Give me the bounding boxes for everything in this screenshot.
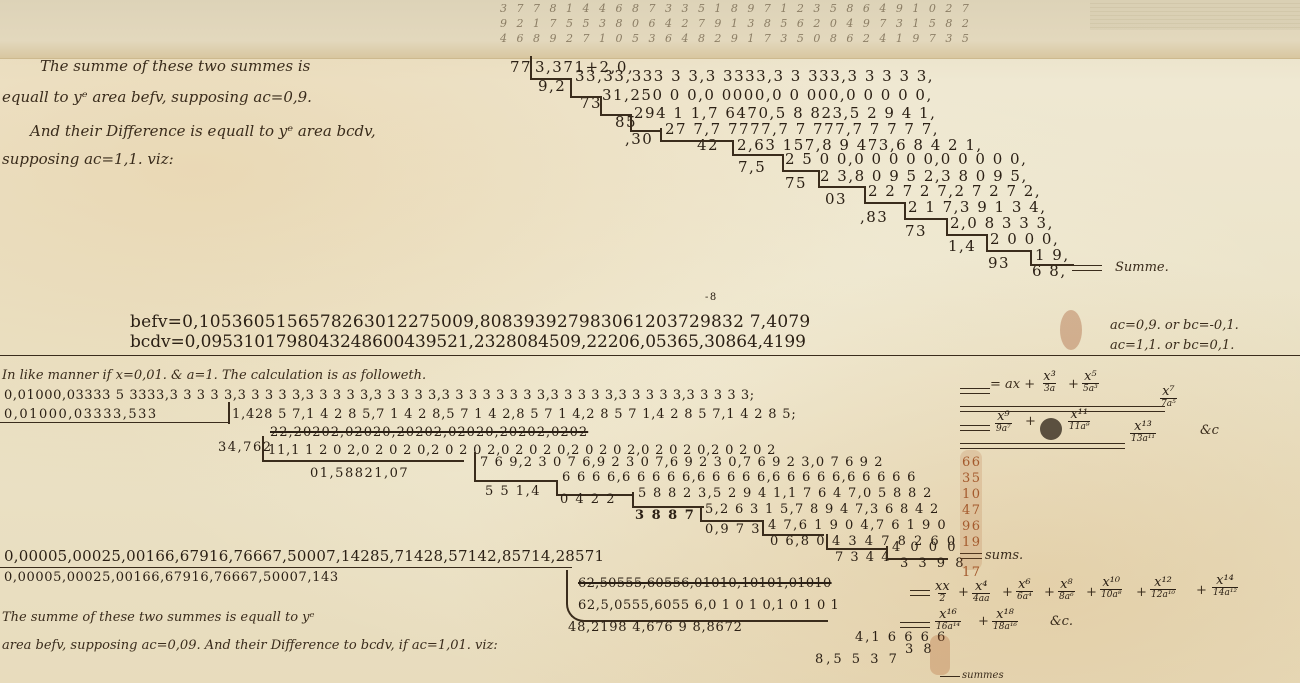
ink-blot <box>1060 310 1082 350</box>
intro-line-3: And their Difference is equall to yᵉ are… <box>30 122 376 140</box>
befv-note: ac=0,9. or bc=-0,1. <box>1110 318 1239 333</box>
equals-rule <box>960 393 990 394</box>
bleed-through-digits: 3 7 7 8 1 4 4 6 8 7 3 3 5 1 8 9 7 1 2 3 … <box>500 2 972 15</box>
bleed-through-digits: 4 6 8 9 2 7 1 0 5 3 6 4 8 2 9 1 7 3 5 0 … <box>500 32 972 45</box>
table1-row-prefix: 1,4 <box>948 237 976 255</box>
table1-row-prefix: ,30 <box>625 130 653 148</box>
series-term: x¹⁶16a¹⁴ <box>935 608 961 632</box>
series-term: x⁷7a⁵ <box>1160 385 1177 409</box>
section2-row-7-prefix: 3 8 8 7 <box>635 508 695 523</box>
row-underline <box>0 422 228 423</box>
table1-row: 2 5 0 0,0 0 0 0 0,0 0 0 0 0, <box>785 150 1027 168</box>
staircase-divider <box>630 114 662 132</box>
series-term: x³3a <box>1043 370 1056 394</box>
staircase-divider <box>228 402 230 424</box>
equals-rule <box>900 627 930 628</box>
bcdv-value: bcdv=0,0953101798043248600439521,2328084… <box>130 332 806 352</box>
table1-row-prefix: 73 <box>905 222 927 240</box>
sums-label: sums. <box>985 548 1023 563</box>
plus-sign: + <box>1086 585 1097 600</box>
section3-row-2-prefix: 0,00005,00025,00166,67916,76667,50007,14… <box>4 570 339 585</box>
staircase-divider <box>864 186 906 204</box>
plus-sign: + <box>1136 585 1147 600</box>
table1-row-prefix: 77 <box>510 58 532 76</box>
series-term: x¹³13a¹¹ <box>1130 420 1156 444</box>
intro-line-2: equall to yᵉ area befv, supposing ac=0,9… <box>2 88 312 106</box>
table1-row: 31,250 0 0,0 0000,0 0 000,0 0 0 0 0, <box>602 86 933 104</box>
section2-row-2: 1,428 5 7,1 4 2 8 5,7 1 4 2 8,5 7 1 4 2,… <box>232 407 797 422</box>
folded-page-corner <box>1090 0 1300 30</box>
equals-rule <box>1072 265 1102 266</box>
section-divider <box>0 355 1300 356</box>
series-term: xx2 <box>935 580 950 604</box>
ink-stain <box>960 450 982 570</box>
section2-row-5-prefix: 5 5 1,4 <box>485 484 541 499</box>
table1-row-prefix: ,83 <box>860 208 888 226</box>
summe-label: Summe. <box>1115 260 1169 275</box>
befv-value: befv=0,1053605156578263012275009,8083939… <box>130 312 810 332</box>
staircase-divider <box>1030 250 1074 266</box>
staircase-divider <box>818 170 866 188</box>
odd-series-lead: = ax + <box>990 377 1035 392</box>
table1-row-prefix: 03 <box>825 190 847 208</box>
series-term: x⁶6a⁴ <box>1016 578 1033 602</box>
staircase-divider <box>570 78 602 98</box>
table1-row: 33,33,333 3 3,3 3333,3 3 333,3 3 3 3 3, <box>575 67 934 85</box>
staircase-divider <box>732 140 784 156</box>
closing-line-1: The summe of these two summes is equall … <box>2 610 315 625</box>
staircase-divider <box>660 128 734 142</box>
section2-row-1: 0,01000,03333 5 3333,3 3 3 3 3,3 3 3 3 3… <box>4 388 755 403</box>
equals-rule <box>1072 270 1102 271</box>
section2-row-9-prefix: 0 6,8 0 <box>770 534 826 549</box>
section2-row-8-prefix: 0,9 7 3 <box>705 522 761 537</box>
series-term: x¹²12a¹⁰ <box>1150 576 1176 600</box>
table1-row-prefix: 7,5 <box>738 158 766 176</box>
plus-sign: + <box>978 614 989 629</box>
staircase-divider <box>530 56 572 80</box>
section2-row-6-prefix: 0 4 2 2 <box>560 492 616 507</box>
section2-heading: In like manner if x=0,01. & a=1. The cal… <box>2 368 426 383</box>
bleed-through-digits: 9 2 1 7 5 5 3 8 0 6 4 2 7 9 1 3 8 5 6 2 … <box>500 17 972 30</box>
exponent-mark: -8 <box>705 292 718 303</box>
equals-rule <box>960 425 990 426</box>
equals-rule <box>910 590 930 591</box>
plus-sign: + <box>958 585 969 600</box>
ink-blot <box>1040 418 1062 440</box>
series-term: x¹¹11a⁹ <box>1068 408 1090 432</box>
series-term: x⁹9a⁷ <box>995 410 1012 434</box>
etc-mark: &c <box>1200 423 1219 438</box>
series-term: x⁴4aa <box>972 580 990 604</box>
closing-line-2: area befv, supposing ac=0,09. And their … <box>2 638 498 653</box>
bcdv-note: ac=1,1. or bc=0,1. <box>1110 338 1234 353</box>
equals-rule <box>960 443 1125 444</box>
staircase-divider <box>600 96 632 116</box>
table1-row-prefix: 93 <box>988 254 1010 272</box>
section3-row-4: 48,2198 4,676 9 8,8672 <box>568 620 743 635</box>
equals-rule <box>960 388 990 389</box>
section2-row-11: 3 3 9 8 <box>900 556 966 571</box>
equals-rule <box>960 406 1165 407</box>
section2-row-4-prefix: 01,58821,07 <box>310 466 409 481</box>
plus-sign: + <box>1196 583 1207 598</box>
etc-mark: &c. <box>1050 614 1073 629</box>
series-term: x¹⁴14a¹² <box>1212 574 1238 598</box>
series-term: x¹⁰10a⁸ <box>1100 576 1122 600</box>
staircase-divider <box>700 506 762 522</box>
equals-rule <box>900 622 930 623</box>
bracket-curve <box>566 570 828 622</box>
plus-sign: + <box>1025 414 1036 429</box>
equals-rule <box>940 676 960 677</box>
section2-row-2-prefix: 0,01000,03333,533 <box>4 407 158 422</box>
series-term: x⁸8a⁶ <box>1058 578 1075 602</box>
plus-sign: + <box>1044 585 1055 600</box>
series-term: x⁵5a³ <box>1082 370 1099 394</box>
staircase-divider <box>632 492 704 508</box>
series-term: x¹⁸18a¹⁶ <box>992 608 1018 632</box>
ink-stain <box>930 635 950 675</box>
section2-row-10-prefix: 7 3 4 4 <box>835 550 891 565</box>
staircase-divider <box>262 436 464 462</box>
equals-rule <box>960 430 990 431</box>
plus-sign: + <box>1002 585 1013 600</box>
staircase-divider <box>986 234 1032 252</box>
staircase-divider <box>474 452 556 482</box>
plus-sign: + <box>1068 377 1079 392</box>
table1-row-prefix: 75 <box>785 174 807 192</box>
intro-line-4: supposing ac=1,1. viz: <box>2 150 174 168</box>
intro-line-1: The summe of these two summes is <box>40 57 310 75</box>
summes-label: summes <box>962 670 1004 681</box>
section3-row-1: 0,00005,00025,00166,67916,76667,50007,14… <box>4 547 604 565</box>
equals-rule <box>960 411 1165 412</box>
staircase-divider <box>826 534 888 550</box>
staircase-divider <box>904 202 948 220</box>
equals-rule <box>960 448 1125 449</box>
section3-row-5: 8,5 5 3 7 <box>815 652 900 667</box>
staircase-divider <box>782 154 820 172</box>
equals-rule <box>910 595 930 596</box>
row-overline <box>0 567 572 568</box>
staircase-divider <box>946 218 988 236</box>
